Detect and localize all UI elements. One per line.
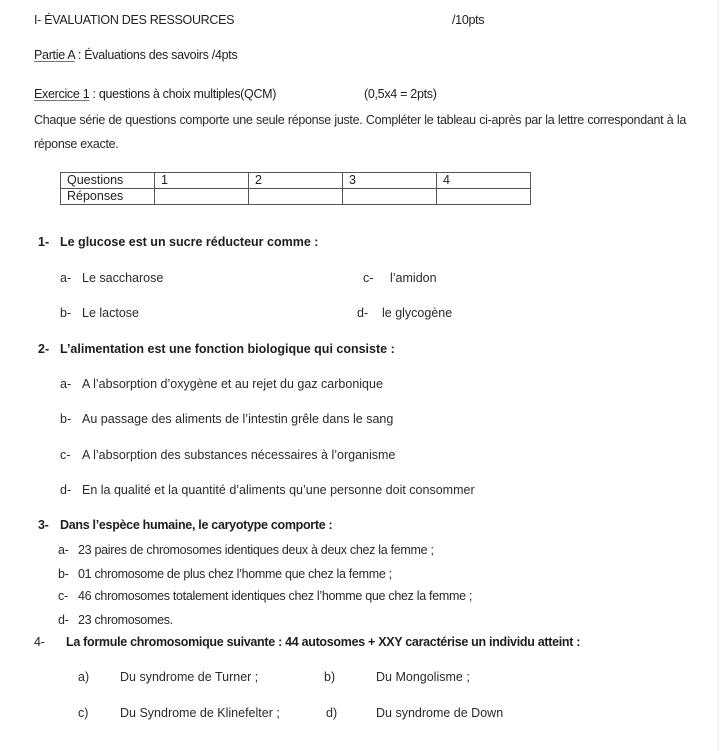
option-letter: b- [60, 306, 82, 320]
option-text: 46 chromosomes totalement identiques che… [78, 589, 472, 603]
question-4: 4-La formule chromosomique suivante : 44… [34, 635, 580, 649]
option-letter: c- [363, 271, 390, 285]
option-text: Du syndrome de Down [376, 706, 503, 720]
option-4a: a)Du syndrome de Turner ; [78, 670, 258, 684]
option-letter: d- [357, 306, 382, 320]
exercise-instructions: Chaque série de questions comporte une s… [34, 108, 686, 156]
part-description: : Évaluations des savoirs /4pts [75, 48, 238, 62]
part-heading: Partie A : Évaluations des savoirs /4pts [34, 48, 237, 62]
option-letter: b) [324, 670, 376, 684]
option-1b: b-Le lactose [60, 306, 139, 320]
option-text: Du Mongolisme ; [376, 670, 470, 684]
response-cell[interactable] [249, 189, 343, 205]
option-2a: a-A l’absorption d’oxygène et au rejet d… [60, 377, 383, 391]
option-letter: a- [60, 377, 82, 391]
option-letter: a) [78, 670, 120, 684]
option-text: 23 chromosomes. [78, 613, 173, 627]
option-3c: c-46 chromosomes totalement identiques c… [58, 589, 472, 603]
option-1d: d-le glycogène [357, 306, 452, 320]
option-letter: b- [58, 567, 78, 581]
option-letter: a- [58, 543, 78, 557]
option-text: Le saccharose [82, 271, 163, 285]
option-letter: d) [326, 706, 376, 720]
row-header-questions: Questions [61, 173, 155, 189]
question-text: La formule chromosomique suivante : 44 a… [66, 635, 580, 649]
question-number-cell: 3 [343, 173, 437, 189]
exercise-heading: Exercice 1 : questions à choix multiples… [34, 87, 276, 101]
part-label: Partie A [34, 48, 75, 62]
section-points: /10pts [452, 13, 484, 27]
response-cell[interactable] [437, 189, 531, 205]
option-3d: d-23 chromosomes. [58, 613, 173, 627]
option-text: En la qualité et la quantité d’aliments … [82, 483, 475, 497]
question-2: 2-L’alimentation est une fonction biolog… [38, 342, 395, 356]
option-2c: c-A l’absorption des substances nécessai… [60, 448, 395, 462]
question-3: 3-Dans l’espèce humaine, le caryotype co… [38, 518, 332, 532]
exercise-label: Exercice 1 [34, 87, 89, 101]
question-number: 1- [38, 235, 60, 249]
row-header-responses: Réponses [61, 189, 155, 205]
option-text: Le lactose [82, 306, 139, 320]
option-3b: b-01 chromosome de plus chez l’homme que… [58, 567, 392, 581]
question-1: 1-Le glucose est un sucre réducteur comm… [38, 235, 318, 249]
question-number-cell: 4 [437, 173, 531, 189]
section-title: I- ÉVALUATION DES RESSOURCES [34, 13, 234, 27]
option-text: 23 paires de chromosomes identiques deux… [78, 543, 434, 557]
option-3a: a-23 paires de chromosomes identiques de… [58, 543, 434, 557]
question-text: L’alimentation est une fonction biologiq… [60, 342, 395, 356]
option-2d: d-En la qualité et la quantité d’aliment… [60, 483, 475, 497]
exercise-description: : questions à choix multiples(QCM) [89, 87, 276, 101]
option-letter: d- [58, 613, 78, 627]
question-number-cell: 1 [155, 173, 249, 189]
option-2b: b-Au passage des aliments de l’intestin … [60, 412, 393, 426]
option-letter: a- [60, 271, 82, 285]
option-letter: c- [58, 589, 78, 603]
response-cell[interactable] [155, 189, 249, 205]
question-number-cell: 2 [249, 173, 343, 189]
exercise-points: (0,5x4 = 2pts) [364, 87, 437, 101]
table-row-responses: Réponses [61, 189, 531, 205]
option-letter: d- [60, 483, 82, 497]
option-4b: b)Du Mongolisme ; [324, 670, 470, 684]
option-text: A l’absorption d’oxygène et au rejet du … [82, 377, 383, 391]
question-number: 2- [38, 342, 60, 356]
option-4c: c)Du Syndrome de Klinefelter ; [78, 706, 280, 720]
question-number: 3- [38, 518, 60, 532]
answer-table: Questions 1 2 3 4 Réponses [60, 172, 531, 205]
option-text: Du Syndrome de Klinefelter ; [120, 706, 280, 720]
option-1c: c-l’amidon [363, 271, 437, 285]
page-edge-line [718, 0, 719, 751]
question-text: Dans l’espèce humaine, le caryotype comp… [60, 518, 332, 532]
option-letter: c) [78, 706, 120, 720]
option-letter: c- [60, 448, 82, 462]
option-text: 01 chromosome de plus chez l’homme que c… [78, 567, 392, 581]
option-1a: a-Le saccharose [60, 271, 163, 285]
option-text: A l’absorption des substances nécessaire… [82, 448, 395, 462]
option-letter: b- [60, 412, 82, 426]
option-4d: d)Du syndrome de Down [326, 706, 503, 720]
question-text: Le glucose est un sucre réducteur comme … [60, 235, 318, 249]
response-cell[interactable] [343, 189, 437, 205]
question-number: 4- [34, 635, 66, 649]
option-text: Du syndrome de Turner ; [120, 670, 258, 684]
option-text: le glycogène [382, 306, 452, 320]
option-text: l’amidon [390, 271, 437, 285]
option-text: Au passage des aliments de l’intestin gr… [82, 412, 393, 426]
table-row-questions: Questions 1 2 3 4 [61, 173, 531, 189]
